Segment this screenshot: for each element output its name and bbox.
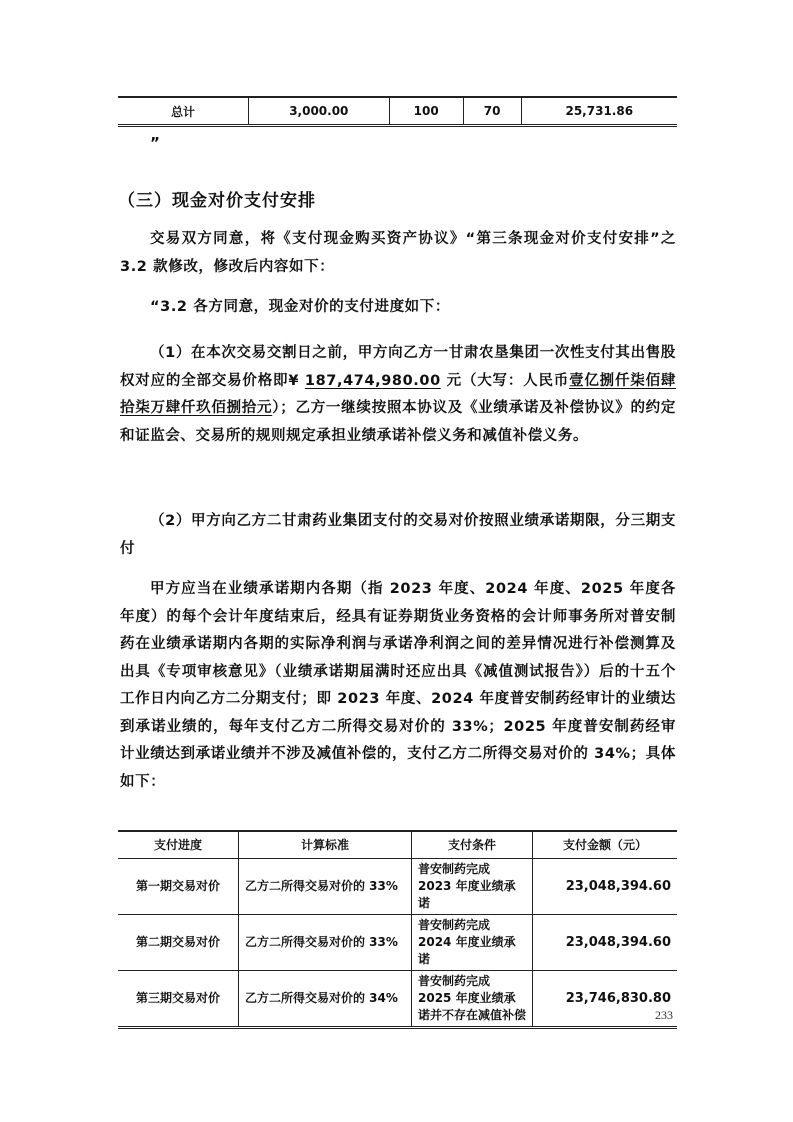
cell-condition: 普安制药完成 2023 年度业绩承诺	[412, 859, 533, 915]
total-share: 70	[463, 97, 521, 126]
total-amount: 3,000.00	[249, 97, 390, 126]
header-standard: 计算标准	[239, 831, 412, 859]
closing-quote: ”	[150, 134, 160, 152]
cell-standard: 乙方二所得交易对价的 33%	[239, 915, 412, 971]
cell-amount: 23,048,394.60	[533, 859, 678, 915]
header-condition: 支付条件	[412, 831, 533, 859]
total-value: 25,731.86	[521, 97, 677, 126]
total-percent: 100	[389, 97, 463, 126]
cell-condition: 普安制药完成 2024 年度业绩承诺	[412, 915, 533, 971]
summary-table-total: 总计 3,000.00 100 70 25,731.86	[118, 96, 677, 127]
paragraph-agreement-amendment: 交易双方同意，将《支付现金购买资产协议》“第三条现金对价支付安排”之 3.2 款…	[120, 226, 676, 281]
cell-progress: 第二期交易对价	[118, 915, 239, 971]
cell-progress: 第一期交易对价	[118, 859, 239, 915]
cell-condition: 普安制药完成 2025 年度业绩承诺并不存在减值补偿	[412, 971, 533, 1028]
cell-standard: 乙方二所得交易对价的 34%	[239, 971, 412, 1028]
payment-1-amount: 187,474,980.00	[305, 373, 441, 389]
header-progress: 支付进度	[118, 831, 239, 859]
page-number: 233	[655, 1008, 673, 1023]
table-row: 第三期交易对价 乙方二所得交易对价的 34% 普安制药完成 2025 年度业绩承…	[118, 971, 677, 1028]
payment-schedule-table: 支付进度 计算标准 支付条件 支付金额（元） 第一期交易对价 乙方二所得交易对价…	[118, 830, 677, 1029]
total-label: 总计	[118, 97, 249, 126]
table-header-row: 支付进度 计算标准 支付条件 支付金额（元）	[118, 831, 677, 859]
header-amount: 支付金额（元）	[533, 831, 678, 859]
table-row: 第二期交易对价 乙方二所得交易对价的 33% 普安制药完成 2024 年度业绩承…	[118, 915, 677, 971]
section-heading: （三）现金对价支付安排	[118, 186, 316, 211]
paragraph-payment-1: （1）在本次交易交割日之前，甲方向乙方一甘肃农垦集团一次性支付其出售股权对应的全…	[120, 340, 676, 450]
cell-amount: 23,048,394.60	[533, 915, 678, 971]
payment-1-mid: 元（大写：人民币	[441, 373, 569, 389]
paragraph-clause-3-2: “3.2 各方同意，现金对价的支付进度如下：	[120, 294, 676, 322]
cell-standard: 乙方二所得交易对价的 33%	[239, 859, 412, 915]
paragraph-payment-2: （2）甲方向乙方二甘肃药业集团支付的交易对价按照业绩承诺期限，分三期支付	[120, 508, 676, 563]
cell-progress: 第三期交易对价	[118, 971, 239, 1028]
table-row: 第一期交易对价 乙方二所得交易对价的 33% 普安制药完成 2023 年度业绩承…	[118, 859, 677, 915]
table-row-total: 总计 3,000.00 100 70 25,731.86	[118, 97, 677, 126]
paragraph-payment-schedule: 甲方应当在业绩承诺期内各期（指 2023 年度、2024 年度、2025 年度各…	[120, 576, 676, 796]
